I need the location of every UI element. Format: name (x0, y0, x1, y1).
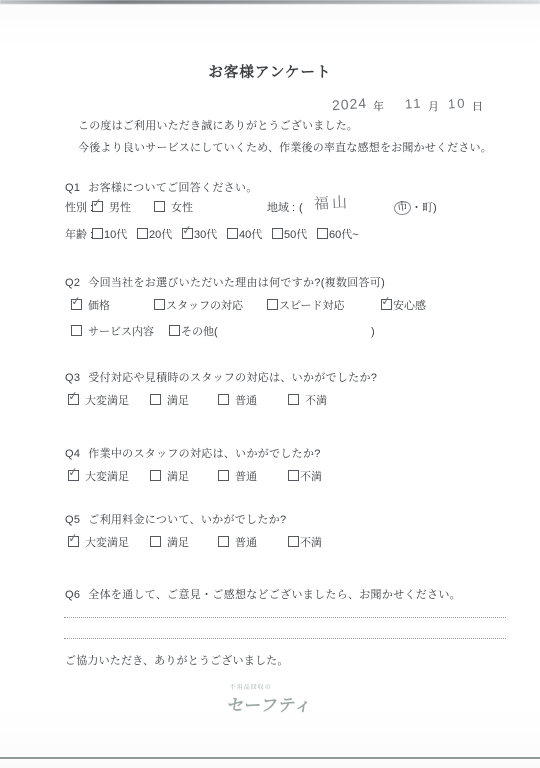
age-option-40s: 40代 (227, 228, 262, 242)
checkbox-q4-dissatisfied (288, 470, 299, 481)
year-unit: 年 (373, 98, 384, 114)
q3-options-row: 大変満足 満足 普通 不満 (0, 394, 540, 412)
q1-age-row: 年齢 : 10代 20代 30代 40代 50代 60代~ (0, 228, 540, 246)
handwritten-year: 2024 (331, 95, 367, 113)
q2-heading: Q2今回当社をお選びいただいた理由は何ですか?(複数回答可) (65, 274, 385, 290)
closing-message: ご協力いただき、ありがとうございました。 (65, 652, 289, 668)
q3-question: 受付対応や見積時のスタッフの対応は、いかがでしたか? (88, 372, 377, 384)
checkbox-20s (137, 228, 148, 239)
checkbox-other (169, 325, 180, 336)
q5-option-satisfied: 満足 (150, 536, 189, 550)
q6-answer-line-2 (64, 638, 506, 639)
q4-option-very-satisfied: 大変満足 (68, 470, 129, 484)
checkbox-10s (92, 228, 103, 239)
q4-id: Q4 (65, 448, 80, 460)
q5-option-dissatisfied: 不満 (288, 536, 322, 550)
q3-option-dissatisfied: 不満 (288, 394, 327, 408)
region-open-paren: ( (299, 201, 303, 215)
q2-question: 今回当社をお選びいただいた理由は何ですか?(複数回答可) (88, 277, 385, 289)
region-label: 地域 : (267, 201, 295, 215)
gender-option-male: 男性 (92, 201, 131, 215)
region-unit: 市・町) (394, 201, 437, 216)
q4-question: 作業中のスタッフの対応は、いかがでしたか? (88, 448, 320, 460)
logo-tagline: 不用品回収の (230, 682, 313, 691)
q3-heading: Q3受付対応や見積時のスタッフの対応は、いかがでしたか? (65, 369, 377, 385)
q2-option-trust: 安心感 (381, 299, 426, 313)
month-unit: 月 (428, 98, 439, 114)
q5-option-neutral: 普通 (218, 536, 257, 550)
q1-gender-region-row: 性別 : 男性 女性 地域 : ( 福山 市・町) (0, 201, 540, 219)
age-option-10s: 10代 (92, 228, 127, 242)
q1-question: お客様についてご回答ください。 (88, 182, 257, 194)
q6-id: Q6 (65, 589, 80, 601)
checkbox-staff (154, 299, 165, 310)
q2-options-row-2: サービス内容 その他( ) (0, 325, 540, 343)
q5-question: ご利用料金について、いかがでしたか? (88, 514, 286, 526)
circled-city-mark: 市 (393, 200, 412, 216)
date-row: 2024 年 11 月 10 日 (0, 94, 540, 114)
age-option-30s: 30代 (182, 228, 217, 242)
company-logo: 不用品回収の セーフティ (228, 682, 313, 716)
q3-option-satisfied: 満足 (150, 394, 189, 408)
checkbox-speed (267, 299, 278, 310)
q6-question: 全体を通して、ご意見・ご感想などございましたら、お聞かせください。 (88, 589, 461, 601)
q5-heading: Q5ご利用料金について、いかがでしたか? (65, 511, 286, 527)
q2-option-speed: スピード対応 (267, 299, 345, 313)
handwritten-region: 福山 (314, 196, 351, 212)
q3-option-very-satisfied: 大変満足 (68, 394, 129, 408)
checkbox-q4-neutral (218, 470, 229, 481)
checkbox-trust (381, 299, 392, 310)
checkbox-q5-dissatisfied (288, 536, 299, 547)
q5-id: Q5 (65, 514, 80, 526)
checkbox-female (154, 201, 165, 212)
handwritten-day: 10 (448, 96, 467, 112)
checkbox-q5-satisfied (150, 536, 161, 547)
q4-option-dissatisfied: 不満 (288, 470, 322, 484)
intro-line-1: この度はご利用いただき誠にありがとうございました。 (78, 117, 358, 133)
q3-option-neutral: 普通 (218, 394, 257, 408)
q2-id: Q2 (65, 277, 80, 289)
q1-heading: Q1お客様についてご回答ください。 (65, 179, 258, 195)
checkbox-price (71, 299, 82, 310)
handwritten-month: 11 (405, 96, 423, 112)
day-unit: 日 (472, 98, 483, 114)
q4-option-neutral: 普通 (218, 470, 257, 484)
scan-edge-top (0, 0, 540, 4)
q4-options-row: 大変満足 満足 普通 不満 (0, 470, 540, 488)
scan-edge-bottom (0, 757, 540, 759)
gender-option-female: 女性 (154, 201, 193, 215)
page-title: お客様アンケート (0, 61, 540, 82)
checkbox-q3-satisfied (150, 394, 161, 405)
checkbox-50s (272, 228, 283, 239)
q2-options-row-1: 価格 スタッフの対応 スピード対応 安心感 (0, 299, 540, 317)
checkbox-q5-very-satisfied (68, 536, 79, 547)
q2-option-price: 価格 (71, 299, 110, 313)
q4-option-satisfied: 満足 (150, 470, 189, 484)
checkbox-60s (317, 228, 328, 239)
q2-option-service: サービス内容 (71, 325, 154, 339)
q1-id: Q1 (65, 182, 80, 194)
q4-heading: Q4作業中のスタッフの対応は、いかがでしたか? (65, 445, 321, 461)
q3-id: Q3 (65, 372, 80, 384)
age-label: 年齢 : (65, 228, 93, 242)
age-option-20s: 20代 (137, 228, 172, 242)
intro-line-2: 今後より良いサービスにしていくため、作業後の率直な感想をお聞かせください。 (78, 139, 492, 155)
logo-name: セーフティ (226, 691, 314, 716)
checkbox-q3-dissatisfied (288, 394, 299, 405)
checkbox-30s (182, 228, 193, 239)
checkbox-q3-neutral (218, 394, 229, 405)
checkbox-male (92, 201, 103, 212)
checkbox-40s (227, 228, 238, 239)
checkbox-q5-neutral (218, 536, 229, 547)
survey-scan-page: お客様アンケート 2024 年 11 月 10 日 この度はご利用いただき誠にあ… (0, 0, 540, 768)
region-unit-rest: ・町) (411, 202, 437, 214)
q2-option-staff: スタッフの対応 (154, 299, 243, 313)
q5-options-row: 大変満足 満足 普通 不満 (0, 536, 540, 554)
checkbox-q4-satisfied (150, 470, 161, 481)
checkbox-q3-very-satisfied (68, 394, 79, 405)
age-option-60s: 60代~ (317, 228, 359, 242)
checkbox-service (71, 325, 82, 336)
q6-heading: Q6全体を通して、ご意見・ご感想などございましたら、お聞かせください。 (65, 586, 461, 602)
age-option-50s: 50代 (272, 228, 307, 242)
q2-other-close-paren: ) (371, 325, 375, 339)
q2-option-other: その他( (169, 325, 218, 339)
gender-label: 性別 : (65, 201, 93, 215)
q5-option-very-satisfied: 大変満足 (68, 536, 129, 550)
checkbox-q4-very-satisfied (68, 470, 79, 481)
q6-answer-line-1 (64, 617, 506, 618)
